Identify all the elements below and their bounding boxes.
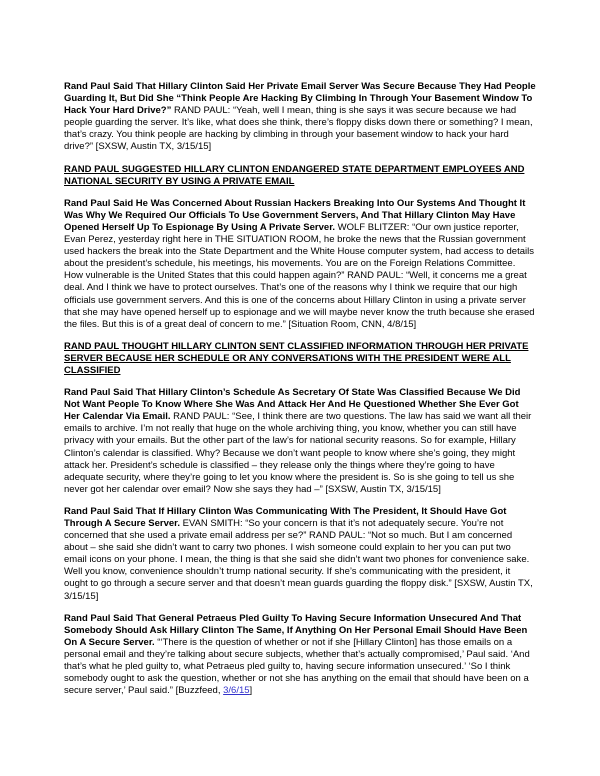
paragraph-body: WOLF BLITZER: “Our own justice reporter,… (64, 222, 535, 330)
section-heading: RAND PAUL SUGGESTED HILLARY CLINTON ENDA… (64, 164, 536, 188)
paragraph-body: EVAN SMITH: “So your concern is that it’… (64, 518, 533, 602)
paragraph: Rand Paul Said That Hillary Clinton’s Sc… (64, 387, 536, 496)
buzzfeed-date-link[interactable]: 3/6/15 (223, 685, 249, 696)
section-heading: RAND PAUL THOUGHT HILLARY CLINTON SENT C… (64, 341, 536, 377)
document-page: Rand Paul Said That Hillary Clinton Said… (0, 0, 600, 776)
paragraph: Rand Paul Said That If Hillary Clinton W… (64, 506, 536, 603)
paragraph-body: RAND PAUL: “See, I think there are two q… (64, 411, 531, 495)
paragraph: Rand Paul Said That Hillary Clinton Said… (64, 81, 536, 154)
paragraph: Rand Paul Said He Was Concerned About Ru… (64, 198, 536, 331)
paragraph-body: ] (250, 685, 253, 696)
paragraph: Rand Paul Said That General Petraeus Ple… (64, 613, 536, 698)
